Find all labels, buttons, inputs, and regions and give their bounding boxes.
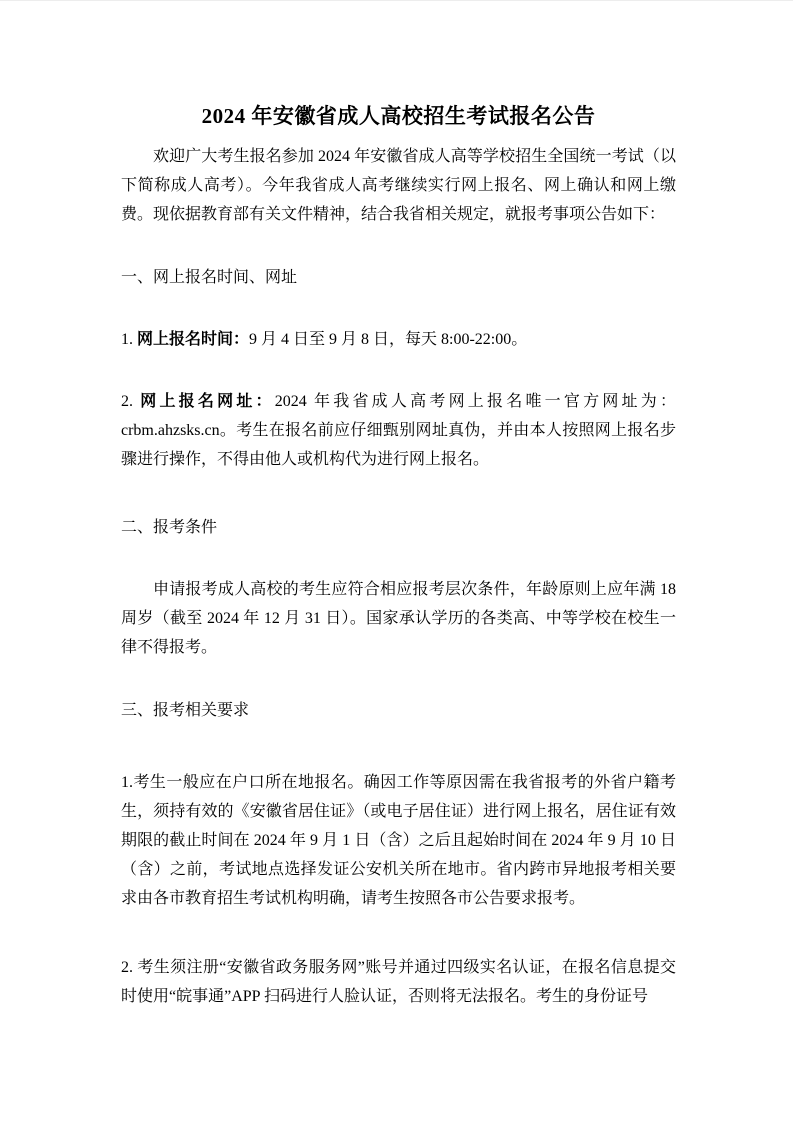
section-heading-2: 二、报考条件 (121, 513, 676, 542)
item-text: 9 月 4 日至 9 月 8 日，每天 8:00-22:00。 (249, 331, 527, 348)
numbered-item-1: 1. 网上报名时间：9 月 4 日至 9 月 8 日，每天 8:00-22:00… (121, 325, 676, 354)
requirement-paragraph-1: 1.考生一般应在户口所在地报名。确因工作等原因需在我省报考的外省户籍考生，须持有… (121, 768, 676, 913)
section-heading-3: 三、报考相关要求 (121, 696, 676, 725)
intro-paragraph: 欢迎广大考生报名参加 2024 年安徽省成人高等学校招生全国统一考试（以下简称成… (121, 142, 676, 229)
item-bold-label: 网上报名网址： (140, 393, 275, 410)
document-page: 2024 年安徽省成人高校招生考试报名公告 欢迎广大考生报名参加 2024 年安… (0, 0, 793, 1122)
eligibility-paragraph: 申请报考成人高校的考生应符合相应报考层次条件，年龄原则上应年满 18 周岁（截至… (121, 575, 676, 662)
numbered-item-2: 2. 网上报名网址：2024 年我省成人高考网上报名唯一官方网址为：crbm.a… (121, 387, 676, 474)
item-number: 2. (121, 393, 140, 410)
section-heading-1: 一、网上报名时间、网址 (121, 263, 676, 292)
document-title: 2024 年安徽省成人高校招生考试报名公告 (121, 98, 676, 134)
requirement-paragraph-2: 2. 考生须注册“安徽省政务服务网”账号并通过四级实名认证，在报名信息提交时使用… (121, 953, 676, 1011)
item-bold-label: 网上报名时间： (137, 331, 249, 348)
item-number: 1. (121, 331, 137, 348)
